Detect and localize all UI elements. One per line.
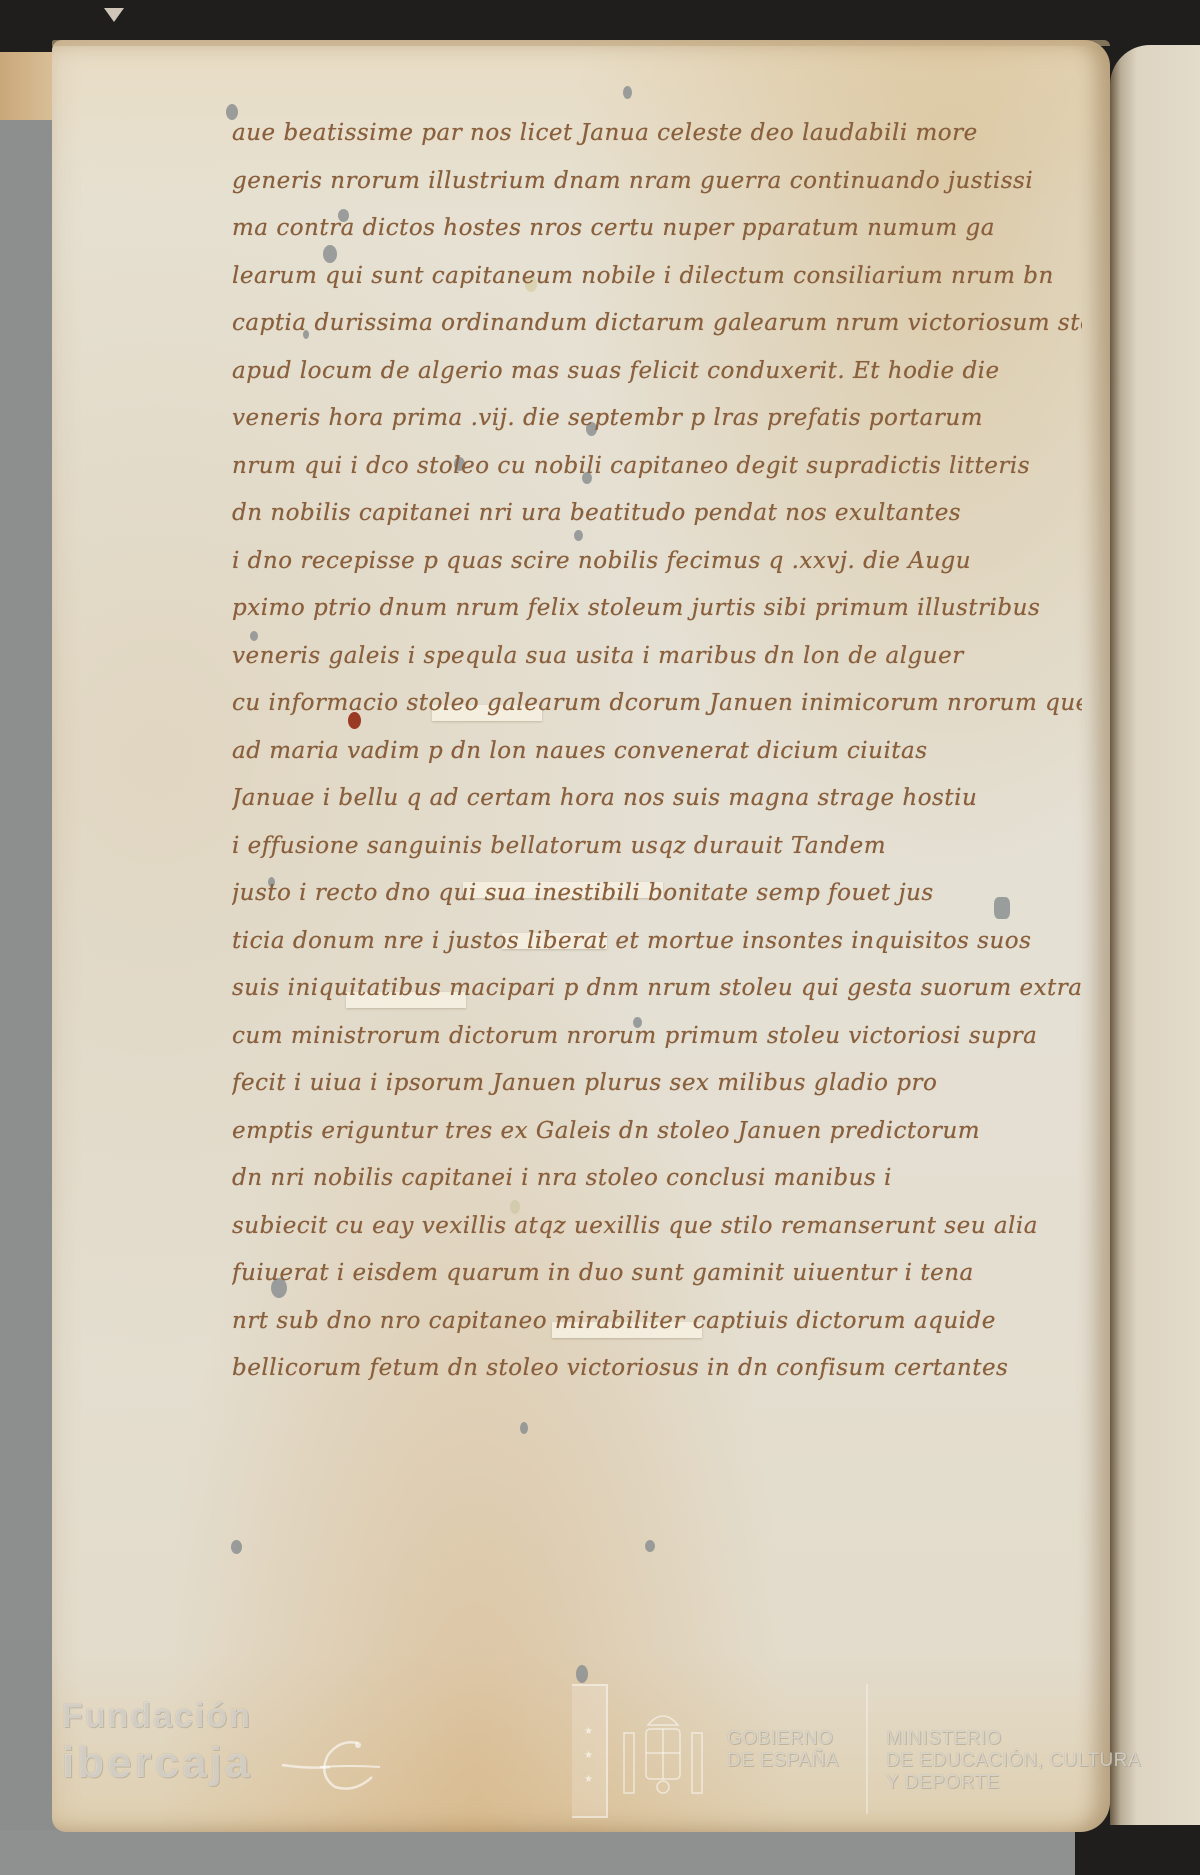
ink-spot	[645, 1540, 655, 1552]
text-line: i effusione sanguinis bellatorum usqz du…	[232, 823, 1082, 871]
spanish-coat-of-arms-icon	[618, 1705, 708, 1805]
government-label: GOBIERNO DE ESPAÑA	[727, 1728, 839, 1772]
text-line: learum qui sunt capitaneum nobile i dile…	[232, 253, 1082, 301]
gray-mat-bottom	[0, 1830, 1075, 1875]
text-line: nrt sub dno nro capitaneo mirabiliter ca…	[232, 1298, 1082, 1346]
logo-divider	[866, 1684, 868, 1814]
text-line: generis nrorum illustrium dnam nram guer…	[232, 158, 1082, 206]
ibercaja-foundation-label: Fundación	[62, 1697, 252, 1736]
text-line: fuiuerat i eisdem quarum in duo sunt gam…	[232, 1250, 1082, 1298]
text-line: dn nri nobilis capitanei i nra stoleo co…	[232, 1155, 1082, 1203]
ministry-label-line1: MINISTERIO	[886, 1728, 1141, 1750]
ministry-label-line3: Y DEPORTE	[886, 1772, 1141, 1794]
ink-spot	[576, 1665, 588, 1683]
text-line: suis iniquitatibus macipari p dnm nrum s…	[232, 965, 1082, 1013]
adjacent-page	[1110, 45, 1200, 1825]
text-line: aue beatissime par nos licet Janua celes…	[232, 110, 1082, 158]
text-line: veneris galeis i spequla sua usita i mar…	[232, 633, 1082, 681]
text-line: pximo ptrio dnum nrum felix stoleum jurt…	[232, 585, 1082, 633]
spain-flag-bar-icon: ★ ★ ★	[572, 1684, 608, 1818]
ministry-label: MINISTERIO DE EDUCACIÓN, CULTURA Y DEPOR…	[886, 1728, 1141, 1794]
text-line: bellicorum fetum dn stoleo victoriosus i…	[232, 1345, 1082, 1393]
text-line: cum ministrorum dictorum nrorum primum s…	[232, 1013, 1082, 1061]
text-line: dn nobilis capitanei nri ura beatitudo p…	[232, 490, 1082, 538]
corner-marker	[104, 8, 124, 22]
text-line: Januae i bellu q ad certam hora nos suis…	[232, 775, 1082, 823]
ink-spot	[520, 1422, 528, 1434]
text-line: fecit i uiua i ipsorum Januen plurus sex…	[232, 1060, 1082, 1108]
text-line: nrum qui i dco stoleo cu nobili capitane…	[232, 443, 1082, 491]
text-line: emptis eriguntur tres ex Galeis dn stole…	[232, 1108, 1082, 1156]
text-line: justo i recto dno qui sua inestibili bon…	[232, 870, 1082, 918]
page-top-edge	[52, 40, 1110, 46]
text-line: i dno recepisse p quas scire nobilis fec…	[232, 538, 1082, 586]
ibercaja-brand-label: ibercaja	[62, 1738, 252, 1788]
text-line: veneris hora prima .vij. die septembr p …	[232, 395, 1082, 443]
text-line: ma contra dictos hostes nros certu nuper…	[232, 205, 1082, 253]
ink-spot	[623, 86, 632, 99]
text-line: captia durissima ordinandum dictarum gal…	[232, 300, 1082, 348]
text-line: ad maria vadim p dn lon naues convenerat…	[232, 728, 1082, 776]
text-line: apud locum de algerio mas suas felicit c…	[232, 348, 1082, 396]
text-line: cu informacio stoleo galearum dcorum Jan…	[232, 680, 1082, 728]
government-label-line1: GOBIERNO	[727, 1728, 839, 1750]
government-label-line2: DE ESPAÑA	[727, 1750, 839, 1772]
ministry-label-line2: DE EDUCACIÓN, CULTURA	[886, 1750, 1141, 1772]
text-line: subiecit cu eay vexillis atqz uexillis q…	[232, 1203, 1082, 1251]
ink-spot	[231, 1540, 242, 1554]
text-line: ticia donum nre i justos liberat et mort…	[232, 918, 1082, 966]
ibercaja-swirl-icon	[280, 1735, 390, 1795]
manuscript-text: aue beatissime par nos licet Janua celes…	[232, 110, 1082, 1393]
